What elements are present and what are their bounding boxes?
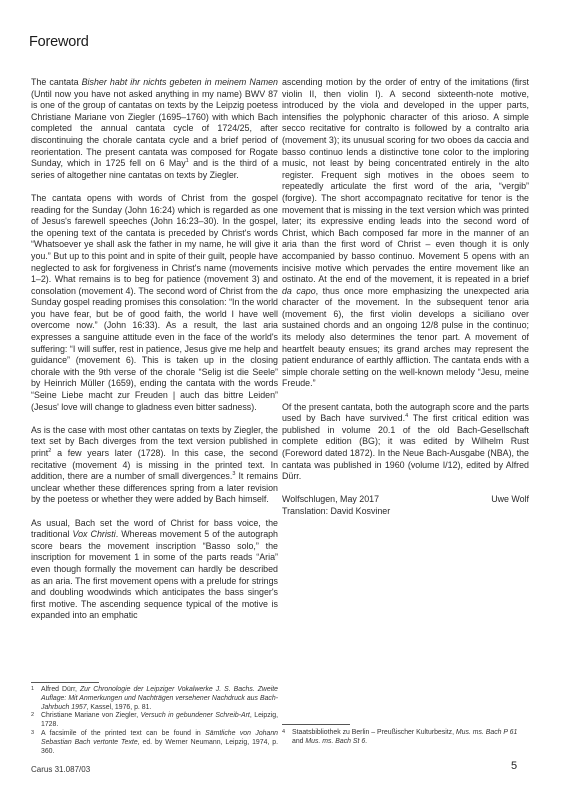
footnote-4: 4 Staatsbibliothek zu Berlin – Preußisch… bbox=[282, 729, 529, 747]
text: , Kassel, 1976, p. 81. bbox=[87, 704, 152, 711]
footnotes-left: 1 Alfred Dürr, Zur Chronologie der Leipz… bbox=[31, 686, 278, 756]
text: , thus once more emphasizing the unexpec… bbox=[282, 286, 529, 389]
text: The first critical edition was published… bbox=[282, 413, 529, 481]
italic-title: Versuch in gebundener Schreib-Art bbox=[141, 712, 250, 719]
footnote-number: 4 bbox=[282, 728, 292, 746]
page-number: 5 bbox=[511, 760, 517, 772]
page-title: Foreword bbox=[29, 34, 89, 50]
author-name: Uwe Wolf bbox=[491, 494, 529, 506]
text: Alfred Dürr, bbox=[41, 686, 80, 693]
text: . bbox=[365, 738, 367, 745]
signature-block: Wolfschlugen, May 2017Uwe Wolf Translati… bbox=[282, 494, 529, 517]
italic-term: Vox Christi bbox=[73, 529, 116, 539]
text: Staatsbibliothek zu Berlin – Preußischer… bbox=[292, 729, 456, 736]
text: The cantata bbox=[31, 77, 82, 87]
footnote-number: 3 bbox=[31, 729, 41, 755]
italic-title: Mus. ms. Bach St 6 bbox=[305, 738, 365, 745]
cantata-title: Bisher habt ihr nichts gebeten in meinem… bbox=[82, 77, 278, 87]
footnote-2: 2 Christiane Mariane von Ziegler, Versuc… bbox=[31, 712, 278, 730]
paragraph-divergence: As is the case with most other cantatas … bbox=[31, 425, 278, 506]
paragraph-text: The cantata opens with words of Christ f… bbox=[31, 193, 278, 413]
footnote-number: 1 bbox=[31, 685, 41, 711]
left-column: The cantata Bisher habt ihr nichts gebet… bbox=[31, 77, 278, 622]
footnote-1: 1 Alfred Dürr, Zur Chronologie der Leipz… bbox=[31, 686, 278, 712]
place-date: Wolfschlugen, May 2017 bbox=[282, 494, 379, 506]
footnote-number: 2 bbox=[31, 711, 41, 729]
translator: Translation: David Kosviner bbox=[282, 506, 529, 518]
text: Christiane Mariane von Ziegler, bbox=[41, 712, 141, 719]
footnotes-right: 4 Staatsbibliothek zu Berlin – Preußisch… bbox=[282, 729, 529, 747]
paragraph-sources: Of the present cantata, both the autogra… bbox=[282, 402, 529, 483]
text: . Whereas movement 5 of the autograph sc… bbox=[31, 529, 278, 620]
italic-title: Mus. ms. Bach P 61 bbox=[456, 729, 517, 736]
footnote-3: 3 A facsimile of the printed text can be… bbox=[31, 730, 278, 756]
footnote-divider bbox=[31, 682, 99, 683]
text: A facsimile of the printed text can be f… bbox=[41, 730, 205, 737]
catalog-number: Carus 31.087/03 bbox=[31, 765, 90, 774]
footnote-divider bbox=[282, 724, 350, 725]
paragraph-music: As usual, Bach set the word of Christ fo… bbox=[31, 518, 278, 622]
text: ascending motion by the order of entry o… bbox=[282, 77, 529, 284]
text: (Until now you have not asked anything i… bbox=[31, 89, 278, 169]
right-column: ascending motion by the order of entry o… bbox=[282, 77, 529, 518]
italic-term: da capo bbox=[282, 286, 316, 296]
paragraph-music-cont: ascending motion by the order of entry o… bbox=[282, 77, 529, 390]
paragraph-intro: The cantata Bisher habt ihr nichts gebet… bbox=[31, 77, 278, 181]
text: and bbox=[292, 738, 305, 745]
